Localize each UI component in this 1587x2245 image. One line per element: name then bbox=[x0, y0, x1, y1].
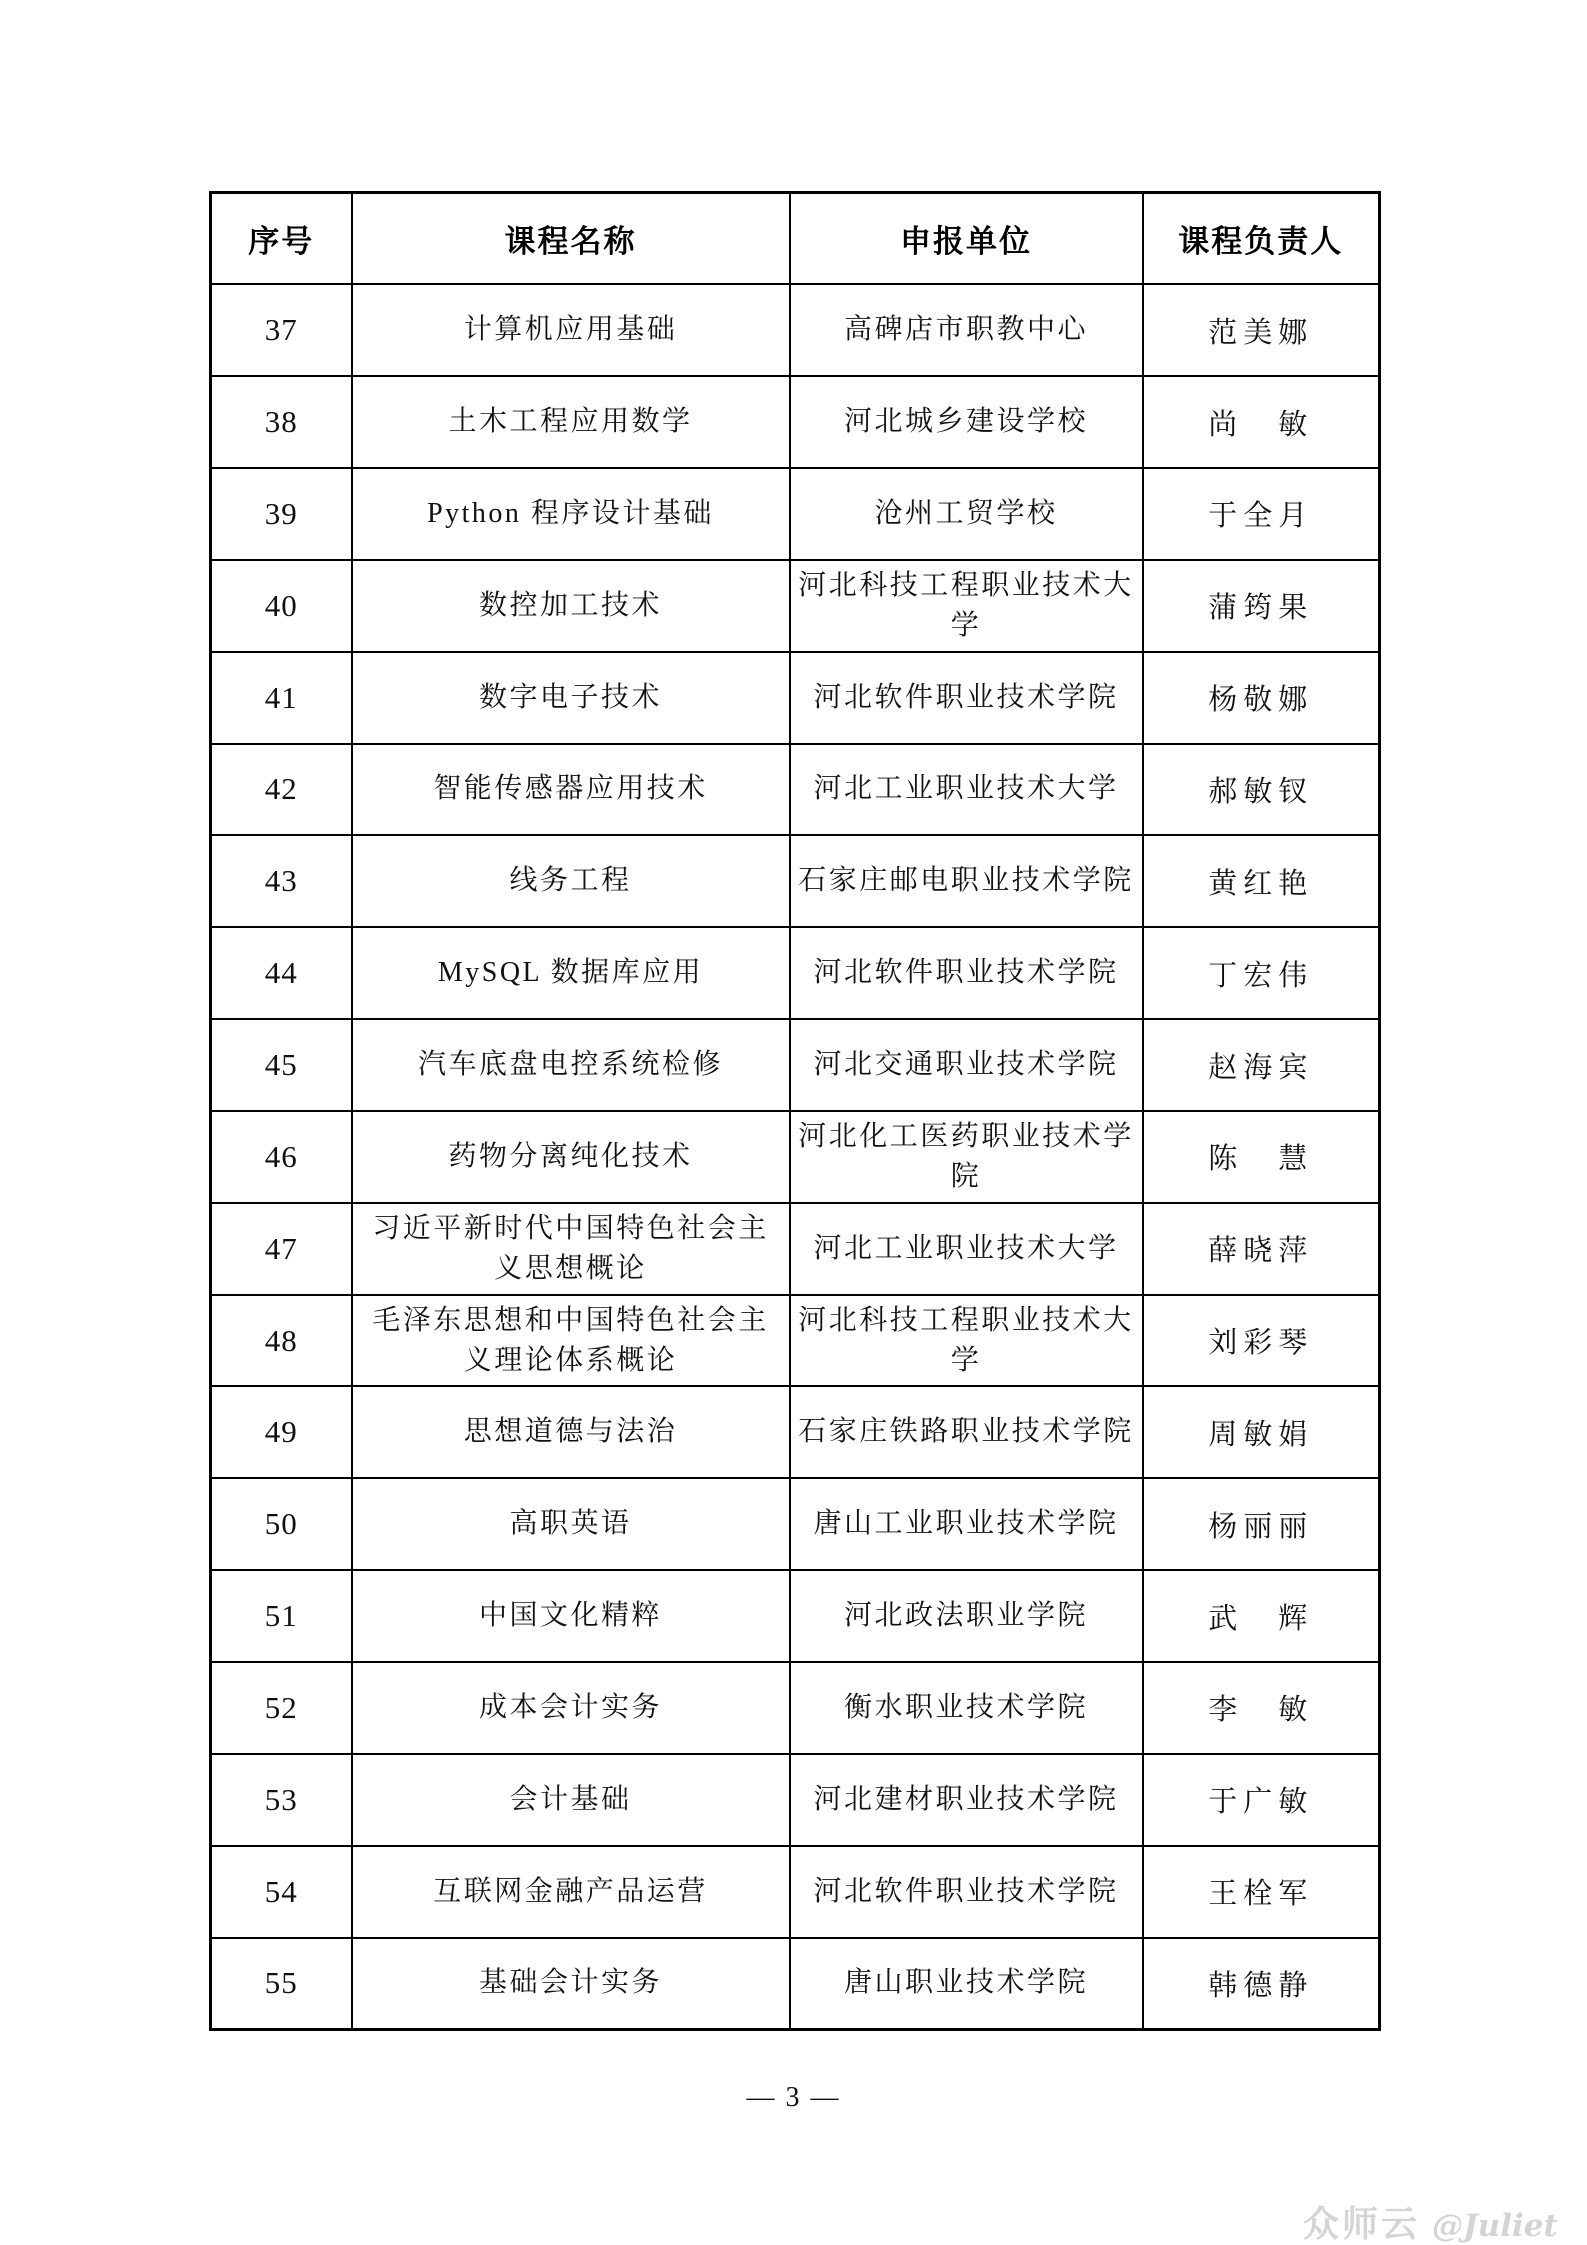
applicant-unit-cell: 石家庄铁路职业技术学院 bbox=[790, 1386, 1143, 1478]
serial-number-cell: 53 bbox=[211, 1754, 352, 1846]
table-row: 37 计算机应用基础 高碑店市职教中心 范美娜 bbox=[211, 284, 1380, 376]
page-number: — 3 — bbox=[0, 2082, 1587, 2114]
course-name-cell: 中国文化精粹 bbox=[352, 1570, 790, 1662]
serial-number-cell: 38 bbox=[211, 376, 352, 468]
applicant-unit-cell: 石家庄邮电职业技术学院 bbox=[790, 835, 1143, 927]
course-name-cell: 汽车底盘电控系统检修 bbox=[352, 1019, 790, 1111]
course-name-cell: 基础会计实务 bbox=[352, 1938, 790, 2030]
course-leader-cell: 韩德静 bbox=[1143, 1938, 1380, 2030]
applicant-unit-cell: 河北科技工程职业技术大 学 bbox=[790, 1295, 1143, 1387]
applicant-unit-cell: 河北软件职业技术学院 bbox=[790, 927, 1143, 1019]
serial-number-cell: 51 bbox=[211, 1570, 352, 1662]
serial-number-cell: 45 bbox=[211, 1019, 352, 1111]
course-leader-cell: 王栓军 bbox=[1143, 1846, 1380, 1938]
course-name-cell: 数控加工技术 bbox=[352, 560, 790, 652]
course-leader-cell: 李 敏 bbox=[1143, 1662, 1380, 1754]
table-row: 42 智能传感器应用技术 河北工业职业技术大学 郝敏钗 bbox=[211, 744, 1380, 836]
serial-number-cell: 43 bbox=[211, 835, 352, 927]
serial-number-cell: 54 bbox=[211, 1846, 352, 1938]
course-leader-cell: 尚 敏 bbox=[1143, 376, 1380, 468]
course-name-cell: MySQL 数据库应用 bbox=[352, 927, 790, 1019]
serial-number-cell: 46 bbox=[211, 1111, 352, 1203]
serial-number-cell: 50 bbox=[211, 1478, 352, 1570]
table-row: 53 会计基础 河北建材职业技术学院 于广敏 bbox=[211, 1754, 1380, 1846]
header-course-leader: 课程负责人 bbox=[1143, 193, 1380, 285]
table-row: 38 土木工程应用数学 河北城乡建设学校 尚 敏 bbox=[211, 376, 1380, 468]
course-leader-cell: 蒲筠果 bbox=[1143, 560, 1380, 652]
table-row: 46 药物分离纯化技术 河北化工医药职业技术学 院 陈 慧 bbox=[211, 1111, 1380, 1203]
table-row: 48 毛泽东思想和中国特色社会主 义理论体系概论 河北科技工程职业技术大 学 刘… bbox=[211, 1295, 1380, 1387]
table-row: 52 成本会计实务 衡水职业技术学院 李 敏 bbox=[211, 1662, 1380, 1754]
serial-number-cell: 52 bbox=[211, 1662, 352, 1754]
course-leader-cell: 刘彩琴 bbox=[1143, 1295, 1380, 1387]
course-name-cell: 互联网金融产品运营 bbox=[352, 1846, 790, 1938]
serial-number-cell: 41 bbox=[211, 652, 352, 744]
course-leader-cell: 范美娜 bbox=[1143, 284, 1380, 376]
course-leader-cell: 薛晓萍 bbox=[1143, 1203, 1380, 1295]
course-leader-cell: 于全月 bbox=[1143, 468, 1380, 560]
serial-number-cell: 42 bbox=[211, 744, 352, 836]
serial-number-cell: 47 bbox=[211, 1203, 352, 1295]
applicant-unit-cell: 高碑店市职教中心 bbox=[790, 284, 1143, 376]
applicant-unit-cell: 衡水职业技术学院 bbox=[790, 1662, 1143, 1754]
course-leader-cell: 于广敏 bbox=[1143, 1754, 1380, 1846]
document-page: 序号 课程名称 申报单位 课程负责人 37 计算机应用基础 高碑店市职教中心 范… bbox=[0, 0, 1587, 2245]
course-leader-cell: 周敏娟 bbox=[1143, 1386, 1380, 1478]
header-serial-number: 序号 bbox=[211, 193, 352, 285]
course-name-cell: 线务工程 bbox=[352, 835, 790, 927]
serial-number-cell: 48 bbox=[211, 1295, 352, 1387]
course-name-cell: 成本会计实务 bbox=[352, 1662, 790, 1754]
course-leader-cell: 郝敏钗 bbox=[1143, 744, 1380, 836]
watermark-handle: @Juliet bbox=[1432, 2208, 1558, 2244]
applicant-unit-cell: 河北交通职业技术学院 bbox=[790, 1019, 1143, 1111]
applicant-unit-cell: 河北政法职业学院 bbox=[790, 1570, 1143, 1662]
course-leader-cell: 陈 慧 bbox=[1143, 1111, 1380, 1203]
course-leader-cell: 武 辉 bbox=[1143, 1570, 1380, 1662]
applicant-unit-cell: 河北科技工程职业技术大 学 bbox=[790, 560, 1143, 652]
course-name-cell: 习近平新时代中国特色社会主 义思想概论 bbox=[352, 1203, 790, 1295]
applicant-unit-cell: 河北城乡建设学校 bbox=[790, 376, 1143, 468]
course-name-cell: 智能传感器应用技术 bbox=[352, 744, 790, 836]
table-row: 49 思想道德与法治 石家庄铁路职业技术学院 周敏娟 bbox=[211, 1386, 1380, 1478]
course-leader-cell: 丁宏伟 bbox=[1143, 927, 1380, 1019]
table-row: 41 数字电子技术 河北软件职业技术学院 杨敬娜 bbox=[211, 652, 1380, 744]
table-row: 55 基础会计实务 唐山职业技术学院 韩德静 bbox=[211, 1938, 1380, 2030]
course-leader-cell: 杨敬娜 bbox=[1143, 652, 1380, 744]
table-row: 39 Python 程序设计基础 沧州工贸学校 于全月 bbox=[211, 468, 1380, 560]
table-row: 51 中国文化精粹 河北政法职业学院 武 辉 bbox=[211, 1570, 1380, 1662]
table-header-row: 序号 课程名称 申报单位 课程负责人 bbox=[211, 193, 1380, 285]
serial-number-cell: 55 bbox=[211, 1938, 352, 2030]
serial-number-cell: 39 bbox=[211, 468, 352, 560]
table-row: 54 互联网金融产品运营 河北软件职业技术学院 王栓军 bbox=[211, 1846, 1380, 1938]
table-row: 45 汽车底盘电控系统检修 河北交通职业技术学院 赵海宾 bbox=[211, 1019, 1380, 1111]
header-course-name: 课程名称 bbox=[352, 193, 790, 285]
course-leader-cell: 黄红艳 bbox=[1143, 835, 1380, 927]
course-name-cell: Python 程序设计基础 bbox=[352, 468, 790, 560]
applicant-unit-cell: 河北软件职业技术学院 bbox=[790, 652, 1143, 744]
applicant-unit-cell: 河北软件职业技术学院 bbox=[790, 1846, 1143, 1938]
course-name-cell: 高职英语 bbox=[352, 1478, 790, 1570]
course-name-cell: 毛泽东思想和中国特色社会主 义理论体系概论 bbox=[352, 1295, 790, 1387]
table-row: 40 数控加工技术 河北科技工程职业技术大 学 蒲筠果 bbox=[211, 560, 1380, 652]
course-leader-cell: 赵海宾 bbox=[1143, 1019, 1380, 1111]
course-name-cell: 药物分离纯化技术 bbox=[352, 1111, 790, 1203]
applicant-unit-cell: 河北化工医药职业技术学 院 bbox=[790, 1111, 1143, 1203]
course-name-cell: 数字电子技术 bbox=[352, 652, 790, 744]
table-row: 47 习近平新时代中国特色社会主 义思想概论 河北工业职业技术大学 薛晓萍 bbox=[211, 1203, 1380, 1295]
watermark-brand: 众师云 bbox=[1303, 2204, 1420, 2245]
table-row: 43 线务工程 石家庄邮电职业技术学院 黄红艳 bbox=[211, 835, 1380, 927]
serial-number-cell: 44 bbox=[211, 927, 352, 1019]
applicant-unit-cell: 沧州工贸学校 bbox=[790, 468, 1143, 560]
applicant-unit-cell: 唐山职业技术学院 bbox=[790, 1938, 1143, 2030]
serial-number-cell: 40 bbox=[211, 560, 352, 652]
course-name-cell: 思想道德与法治 bbox=[352, 1386, 790, 1478]
course-name-cell: 会计基础 bbox=[352, 1754, 790, 1846]
watermark: 众师云@Juliet bbox=[1303, 2196, 1558, 2245]
course-name-cell: 计算机应用基础 bbox=[352, 284, 790, 376]
course-name-cell: 土木工程应用数学 bbox=[352, 376, 790, 468]
serial-number-cell: 37 bbox=[211, 284, 352, 376]
applicant-unit-cell: 河北工业职业技术大学 bbox=[790, 744, 1143, 836]
applicant-unit-cell: 唐山工业职业技术学院 bbox=[790, 1478, 1143, 1570]
course-leader-cell: 杨丽丽 bbox=[1143, 1478, 1380, 1570]
applicant-unit-cell: 河北工业职业技术大学 bbox=[790, 1203, 1143, 1295]
table-row: 50 高职英语 唐山工业职业技术学院 杨丽丽 bbox=[211, 1478, 1380, 1570]
table-row: 44 MySQL 数据库应用 河北软件职业技术学院 丁宏伟 bbox=[211, 927, 1380, 1019]
header-applicant-unit: 申报单位 bbox=[790, 193, 1143, 285]
serial-number-cell: 49 bbox=[211, 1386, 352, 1478]
course-table: 序号 课程名称 申报单位 课程负责人 37 计算机应用基础 高碑店市职教中心 范… bbox=[209, 191, 1381, 2031]
applicant-unit-cell: 河北建材职业技术学院 bbox=[790, 1754, 1143, 1846]
